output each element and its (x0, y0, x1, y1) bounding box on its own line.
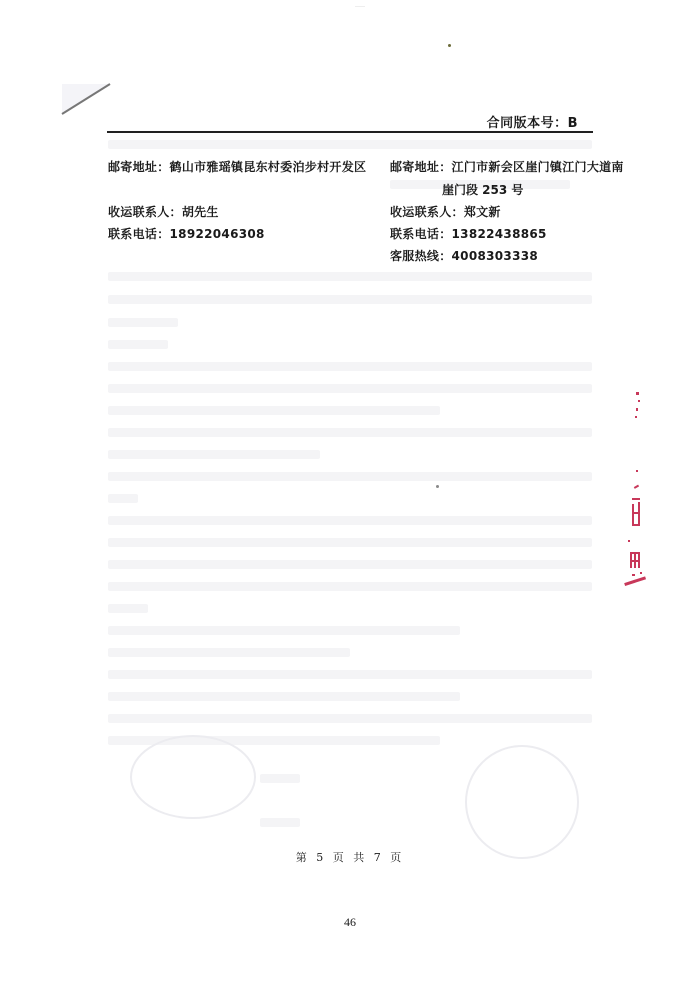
speck-mark (436, 485, 439, 488)
sender-phone-value: 18922046308 (170, 227, 265, 241)
receiver-phone: 联系电话：13822438865 (390, 225, 547, 242)
partial-seal-mark (622, 390, 652, 590)
contract-version: 合同版本号：B (487, 112, 578, 131)
sender-contact: 收运联系人：胡先生 (108, 203, 219, 220)
sender-contact-value: 胡先生 (182, 205, 219, 219)
sender-phone-label: 联系电话： (108, 227, 170, 241)
page-number: 46 (0, 915, 700, 930)
page-indicator: 第 5 页 共 7 页 (0, 849, 700, 865)
bleed-through-stamp-right (465, 745, 579, 859)
contract-version-label: 合同版本号： (487, 116, 568, 131)
folded-corner-mark (58, 82, 112, 116)
receiver-phone-value: 13822438865 (452, 227, 547, 241)
sender-address: 邮寄地址：鹤山市雅瑶镇昆东村委泊步村开发区 (108, 158, 366, 175)
receiver-phone-label: 联系电话： (390, 227, 452, 241)
receiver-hotline: 客服热线：4008303338 (390, 247, 538, 264)
receiver-contact: 收运联系人：郑文新 (390, 203, 501, 220)
scan-edge-mark (355, 0, 365, 7)
header-divider (107, 131, 593, 133)
sender-phone: 联系电话：18922046308 (108, 225, 265, 242)
receiver-address: 邮寄地址：江门市新会区崖门镇江门大道南 (390, 158, 624, 175)
sender-address-value: 鹤山市雅瑶镇昆东村委泊步村开发区 (170, 160, 367, 174)
receiver-address-value-line1: 江门市新会区崖门镇江门大道南 (452, 160, 624, 174)
bleed-through-stamp-left (130, 735, 256, 819)
scanned-contract-page: 合同版本号：B 邮寄地址：鹤山市雅瑶镇昆东村委泊步村开发区 (0, 0, 700, 990)
receiver-contact-value: 郑文新 (464, 205, 501, 219)
receiver-hotline-value: 4008303338 (452, 249, 539, 263)
sender-contact-label: 收运联系人： (108, 205, 182, 219)
speck-mark (448, 44, 451, 47)
receiver-contact-label: 收运联系人： (390, 205, 464, 219)
sender-address-label: 邮寄地址： (108, 160, 170, 174)
receiver-address-label: 邮寄地址： (390, 160, 452, 174)
receiver-hotline-label: 客服热线： (390, 249, 452, 263)
contract-version-value: B (568, 116, 578, 131)
receiver-address-value-line2: 崖门段 253 号 (442, 181, 523, 198)
